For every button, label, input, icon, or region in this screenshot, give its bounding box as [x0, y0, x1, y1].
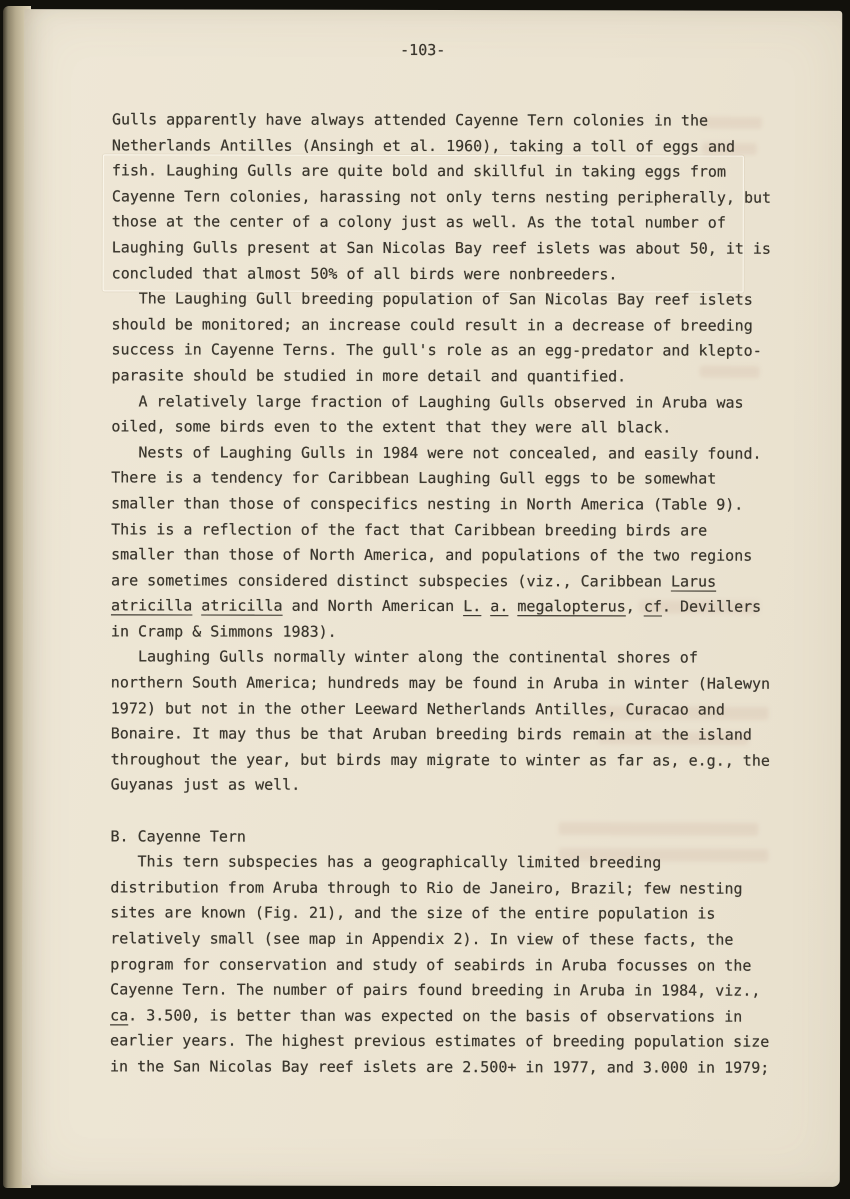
document-body: Gulls apparently have always attended Ca… [110, 107, 804, 1081]
text-line: The Laughing Gull breeding population of… [112, 286, 804, 313]
text-line: distribution from Aruba through to Rio d… [110, 875, 802, 902]
text-line: parasite should be studied in more detai… [111, 363, 803, 390]
text-line: success in Cayenne Terns. The gull's rol… [111, 338, 803, 365]
text-line: concluded that almost 50% of all birds w… [112, 261, 804, 288]
text-line: Gulls apparently have always attended Ca… [112, 107, 804, 134]
text-line: should be monitored; an increase could r… [112, 312, 804, 339]
text-line: oiled, some birds even to the extent tha… [111, 414, 803, 441]
text-line: 1972) but not in the other Leeward Nethe… [111, 696, 803, 723]
text-line: Laughing Gulls present at San Nicolas Ba… [112, 235, 804, 262]
text-line: ca. 3.500, is better than was expected o… [110, 1003, 802, 1030]
text-line: in Cramp & Simmons 1983). [111, 619, 803, 646]
text-line: throughout the year, but birds may migra… [111, 747, 803, 774]
text-line: sites are known (Fig. 21), and the size … [110, 901, 802, 928]
text-line: fish. Laughing Gulls are quite bold and … [112, 159, 804, 186]
document-page: -103- Gulls apparently have always atten… [22, 9, 842, 1187]
text-line: smaller than those of conspecifics nesti… [111, 491, 803, 518]
text-line: in the San Nicolas Bay reef islets are 2… [110, 1054, 802, 1081]
text-line: are sometimes considered distinct subspe… [111, 568, 803, 595]
text-line: Laughing Gulls normally winter along the… [111, 645, 803, 672]
scan-background: { "colors": { "paper": "#ece4d2", "ink":… [0, 0, 850, 1199]
text-line: program for conservation and study of se… [110, 952, 802, 979]
text-line: Bonaire. It may thus be that Aruban bree… [111, 722, 803, 749]
page-number: -103- [400, 41, 445, 59]
text-line: Cayenne Tern. The number of pairs found … [110, 978, 802, 1005]
text-line: atricilla atricilla and North American L… [111, 594, 803, 621]
text-line: smaller than those of North America, and… [111, 542, 803, 569]
text-line: relatively small (see map in Appendix 2)… [110, 926, 802, 953]
text-line: A relatively large fraction of Laughing … [111, 389, 803, 416]
text-line: northern South America; hundreds may be … [111, 670, 803, 697]
text-line: This tern subspecies has a geographicall… [110, 850, 802, 877]
text-line [111, 798, 803, 825]
text-line: Cayenne Tern colonies, harassing not onl… [112, 184, 804, 211]
text-line: B. Cayenne Tern [110, 824, 802, 851]
text-line: This is a reflection of the fact that Ca… [111, 517, 803, 544]
text-line: earlier years. The highest previous esti… [110, 1029, 802, 1056]
text-line: Guyanas just as well. [111, 773, 803, 800]
text-line: those at the center of a colony just as … [112, 210, 804, 237]
text-line: There is a tendency for Caribbean Laughi… [111, 466, 803, 493]
text-line: Netherlands Antilles (Ansingh et al. 196… [112, 133, 804, 160]
text-line: Nests of Laughing Gulls in 1984 were not… [111, 440, 803, 467]
